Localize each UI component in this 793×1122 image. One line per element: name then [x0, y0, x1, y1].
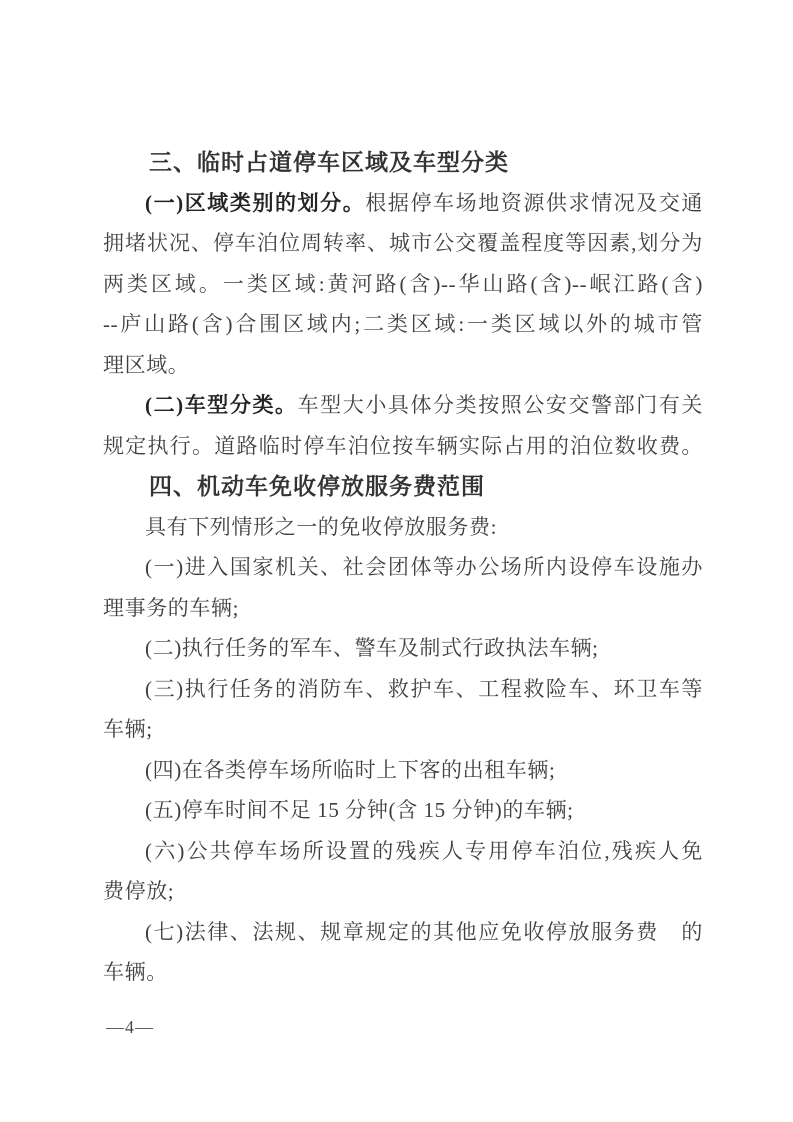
document-line: 拥堵状况、停车泊位周转率、城市公交覆盖程度等因素,划分为 — [103, 223, 703, 264]
paragraph: (一)区域类别的划分。根据停车场地资源供求情况及交通拥堵状况、停车泊位周转率、城… — [103, 183, 703, 386]
paragraph: 三、临时占道停车区域及车型分类 — [103, 142, 703, 183]
paragraph: (一)进入国家机关、社会团体等办公场所内设停车设施办理事务的车辆; — [103, 547, 703, 628]
paragraph: 具有下列情形之一的免收停放服务费: — [103, 507, 703, 548]
document-line: 车辆。 — [103, 952, 703, 993]
document-line: (二)车型分类。车型大小具体分类按照公安交警部门有关 — [103, 385, 703, 426]
document-line: (七)法律、法规、规章规定的其他应免收停放服务费 的 — [103, 912, 703, 953]
document-line: --庐山路(含)合围区域内;二类区域:一类区域以外的城市管 — [103, 304, 703, 345]
paragraph: (三)执行任务的消防车、救护车、工程救险车、环卫车等车辆; — [103, 669, 703, 750]
document-line: (四)在各类停车场所临时上下客的出租车辆; — [103, 750, 703, 791]
document-content: 三、临时占道停车区域及车型分类(一)区域类别的划分。根据停车场地资源供求情况及交… — [103, 142, 703, 993]
document-line: (二)执行任务的军车、警车及制式行政执法车辆; — [103, 628, 703, 669]
document-line: (六)公共停车场所设置的残疾人专用停车泊位,残疾人免 — [103, 831, 703, 872]
paragraph: (四)在各类停车场所临时上下客的出租车辆; — [103, 750, 703, 791]
document-page: 三、临时占道停车区域及车型分类(一)区域类别的划分。根据停车场地资源供求情况及交… — [0, 0, 793, 1122]
paragraph: (六)公共停车场所设置的残疾人专用停车泊位,残疾人免费停放; — [103, 831, 703, 912]
paragraph: (五)停车时间不足 15 分钟(含 15 分钟)的车辆; — [103, 790, 703, 831]
paragraph: (七)法律、法规、规章规定的其他应免收停放服务费 的车辆。 — [103, 912, 703, 993]
page-number: —4— — [106, 1015, 154, 1039]
document-line: 理区域。 — [103, 345, 703, 386]
document-line: 理事务的车辆; — [103, 588, 703, 629]
document-line: 两类区域。一类区域:黄河路(含)--华山路(含)--岷江路(含) — [103, 264, 703, 305]
paragraph: (二)执行任务的军车、警车及制式行政执法车辆; — [103, 628, 703, 669]
paragraph: 四、机动车免收停放服务费范围 — [103, 466, 703, 507]
document-line: (三)执行任务的消防车、救护车、工程救险车、环卫车等 — [103, 669, 703, 710]
paragraph-lead-bold: (一)区域类别的划分。 — [145, 191, 365, 215]
paragraph-lead-bold: (二)车型分类。 — [145, 393, 298, 417]
document-line: 车辆; — [103, 709, 703, 750]
document-line: 三、临时占道停车区域及车型分类 — [103, 142, 703, 183]
paragraph: (二)车型分类。车型大小具体分类按照公安交警部门有关规定执行。道路临时停车泊位按… — [103, 385, 703, 466]
document-line: 具有下列情形之一的免收停放服务费: — [103, 507, 703, 548]
document-line: 规定执行。道路临时停车泊位按车辆实际占用的泊位数收费。 — [103, 426, 703, 467]
document-line: (一)区域类别的划分。根据停车场地资源供求情况及交通 — [103, 183, 703, 224]
document-line: 四、机动车免收停放服务费范围 — [103, 466, 703, 507]
document-line: (一)进入国家机关、社会团体等办公场所内设停车设施办 — [103, 547, 703, 588]
document-line: 费停放; — [103, 871, 703, 912]
document-line: (五)停车时间不足 15 分钟(含 15 分钟)的车辆; — [103, 790, 703, 831]
